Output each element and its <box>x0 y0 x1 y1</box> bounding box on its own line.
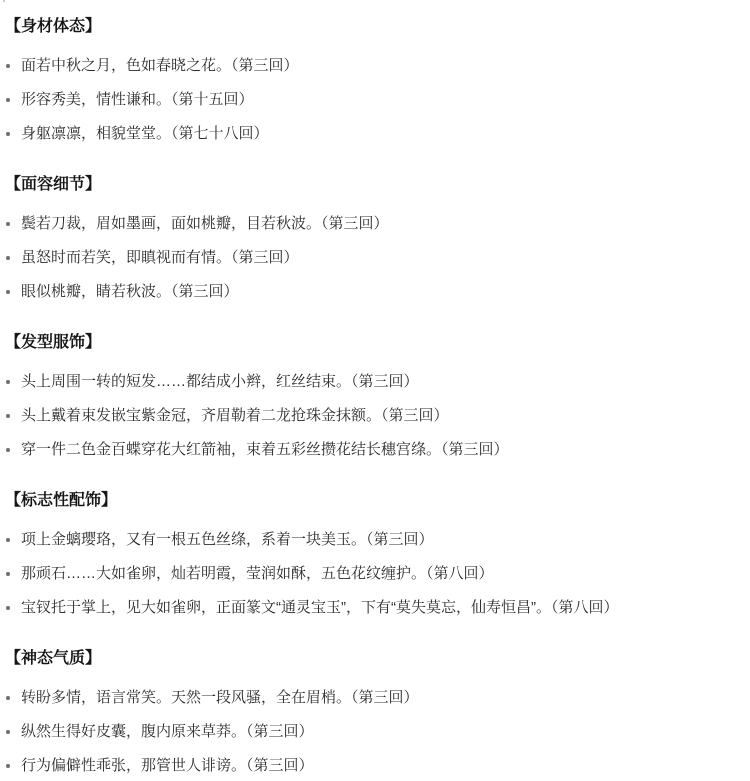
section-title: 【标志性配饰】 <box>5 489 720 513</box>
quote-list: 鬓若刀裁，眉如墨画，面如桃瓣，目若秋波。（第三回） 虽怒时而若笑，即瞋视而有情。… <box>5 212 720 304</box>
quote-item: 虽怒时而若笑，即瞋视而有情。（第三回） <box>21 246 720 270</box>
quote-item: 转盼多情，语言常笑。天然一段风骚，全在眉梢。（第三回） <box>21 686 720 710</box>
quote-list: 项上金螭璎珞，又有一根五色丝绦，系着一块美玉。（第三回） 那顽石……大如雀卵，灿… <box>5 528 720 620</box>
section-hairstyle-clothing: 【发型服饰】 头上周围一转的短发……都结成小辫，红丝结束。（第三回） 头上戴着束… <box>5 331 720 462</box>
section-title: 【身材体态】 <box>5 15 720 39</box>
section-body-physique: 【身材体态】 面若中秋之月，色如春晓之花。（第三回） 形容秀美，情性谦和。（第十… <box>5 15 720 146</box>
quote-item: 项上金螭璎珞，又有一根五色丝绦，系着一块美玉。（第三回） <box>21 528 720 552</box>
quote-item: 鬓若刀裁，眉如墨画，面如桃瓣，目若秋波。（第三回） <box>21 212 720 236</box>
quote-item: 宝钗托于掌上，见大如雀卵，正面篆文“通灵宝玉”，下有“莫失莫忘，仙寿恒昌”。（第… <box>21 596 720 620</box>
quote-list: 转盼多情，语言常笑。天然一段风骚，全在眉梢。（第三回） 纵然生得好皮囊，腹内原来… <box>5 686 720 778</box>
crop-artifact <box>3 0 5 2</box>
quote-item: 头上戴着束发嵌宝紫金冠，齐眉勒着二龙抢珠金抹额。（第三回） <box>21 404 720 428</box>
quote-list: 头上周围一转的短发……都结成小辫，红丝结束。（第三回） 头上戴着束发嵌宝紫金冠，… <box>5 370 720 462</box>
section-demeanor-temperament: 【神态气质】 转盼多情，语言常笑。天然一段风骚，全在眉梢。（第三回） 纵然生得好… <box>5 647 720 778</box>
section-signature-accessories: 【标志性配饰】 项上金螭璎珞，又有一根五色丝绦，系着一块美玉。（第三回） 那顽石… <box>5 489 720 620</box>
quote-item: 穿一件二色金百蝶穿花大红箭袖，束着五彩丝攒花结长穗宫绦。（第三回） <box>21 438 720 462</box>
section-title: 【面容细节】 <box>5 173 720 197</box>
quote-list: 面若中秋之月，色如春晓之花。（第三回） 形容秀美，情性谦和。（第十五回） 身躯凛… <box>5 54 720 146</box>
quote-item: 形容秀美，情性谦和。（第十五回） <box>21 88 720 112</box>
section-title: 【神态气质】 <box>5 647 720 671</box>
section-title: 【发型服饰】 <box>5 331 720 355</box>
quote-item: 面若中秋之月，色如春晓之花。（第三回） <box>21 54 720 78</box>
quote-item: 行为偏僻性乖张，那管世人诽谤。（第三回） <box>21 754 720 778</box>
character-description-document: 【身材体态】 面若中秋之月，色如春晓之花。（第三回） 形容秀美，情性谦和。（第十… <box>0 0 750 778</box>
quote-item: 头上周围一转的短发……都结成小辫，红丝结束。（第三回） <box>21 370 720 394</box>
quote-item: 眼似桃瓣，睛若秋波。（第三回） <box>21 280 720 304</box>
quote-item: 纵然生得好皮囊，腹内原来草莽。（第三回） <box>21 720 720 744</box>
section-facial-details: 【面容细节】 鬓若刀裁，眉如墨画，面如桃瓣，目若秋波。（第三回） 虽怒时而若笑，… <box>5 173 720 304</box>
quote-item: 身躯凛凛，相貌堂堂。（第七十八回） <box>21 122 720 146</box>
quote-item: 那顽石……大如雀卵，灿若明霞，莹润如酥，五色花纹缠护。（第八回） <box>21 562 720 586</box>
